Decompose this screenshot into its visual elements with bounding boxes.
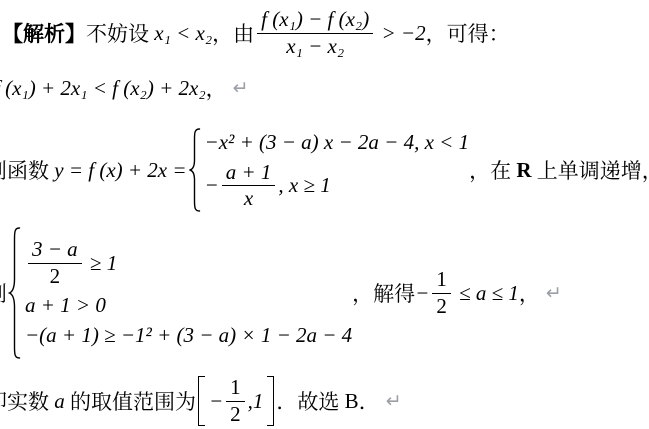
symbol-R: R bbox=[516, 158, 531, 183]
comma: ， bbox=[519, 278, 540, 308]
math-function-head: y = f (x) + 2x = bbox=[54, 158, 186, 183]
comma: ， bbox=[212, 18, 233, 48]
text-solving-gives: 解得 bbox=[373, 278, 415, 308]
system-rows: 3 − a 2 ≥ 1 a + 1 > 0 −(a + 1) ≥ −1² + (… bbox=[25, 238, 352, 347]
math-condition: x₁ < x₂ bbox=[154, 21, 212, 46]
fraction-numerator: 1 bbox=[226, 376, 245, 401]
fraction-denominator: x₁ − x₂ bbox=[286, 34, 344, 58]
case-2-fraction: a + 1 x bbox=[222, 161, 276, 210]
piecewise-cases: −x² + (3 − a) x − 2a − 4, x < 1 − a + 1 … bbox=[205, 130, 470, 210]
text-therefore-choose: ．故选 bbox=[276, 386, 344, 416]
minus-sign: − bbox=[205, 173, 219, 198]
line-break-icon: ↵ bbox=[386, 390, 402, 412]
text-so-real-number: 即实数 bbox=[0, 386, 54, 416]
comma: ， bbox=[426, 18, 447, 48]
analysis-tag: 【解析】 bbox=[2, 18, 86, 48]
paragraph-piecewise-function: 则函数 y = f (x) + 2x = −x² + (3 − a) x − 2… bbox=[0, 124, 649, 216]
system-row-1: 3 − a 2 ≥ 1 bbox=[25, 238, 117, 287]
text-then: 则 bbox=[0, 278, 7, 308]
left-square-bracket-icon bbox=[198, 376, 205, 426]
system-row-2: a + 1 > 0 bbox=[25, 293, 106, 318]
fraction-denominator: x bbox=[244, 186, 253, 210]
interval-upper-bound: ,1 bbox=[248, 389, 264, 414]
piecewise-case-1: −x² + (3 − a) x − 2a − 4, x < 1 bbox=[205, 130, 470, 155]
fraction-numerator: a + 1 bbox=[222, 161, 276, 186]
text-on: 在 bbox=[490, 155, 516, 185]
interval-fraction: 1 2 bbox=[226, 376, 245, 425]
fraction-numerator: f (x₁) − f (x₂) bbox=[257, 8, 373, 33]
piecewise-case-2: − a + 1 x , x ≥ 1 bbox=[205, 161, 331, 210]
right-square-bracket-icon bbox=[267, 376, 274, 426]
solution-relation: ≤ a ≤ 1 bbox=[454, 281, 519, 306]
minus-sign: − bbox=[415, 281, 429, 306]
text-range-is: 的取值范围为 bbox=[65, 386, 196, 416]
answer-letter: B bbox=[345, 389, 359, 414]
paragraph-conclusion: 即实数 a 的取值范围为 − 1 2 ,1 ．故选 B ． ↵ bbox=[0, 372, 402, 429]
text-by: 由 bbox=[233, 18, 254, 48]
fraction-denominator: 2 bbox=[50, 264, 61, 288]
minus-sign: − bbox=[209, 389, 223, 414]
period: ． bbox=[359, 386, 380, 416]
system-row-3: −(a + 1) ≥ −1² + (3 − a) × 1 − 2a − 4 bbox=[25, 323, 352, 348]
row-1-relation: ≥ 1 bbox=[85, 251, 118, 276]
math-inequality: f (x₁) + 2x₁ < f (x₂) + 2x₂ bbox=[0, 76, 206, 101]
text-then-function: 则函数 bbox=[0, 155, 54, 185]
paragraph-analysis: 【解析】 不妨设 x₁ < x₂ ， 由 f (x₁) − f (x₂) x₁ … bbox=[2, 4, 510, 62]
paragraph-inequality: f (x₁) + 2x₁ < f (x₂) + 2x₂ ， ↵ bbox=[0, 72, 249, 104]
interval-bracket-group: − 1 2 ,1 bbox=[198, 376, 274, 426]
line-break-icon: ↵ bbox=[233, 77, 249, 99]
math-solution-document: 【解析】 不妨设 x₁ < x₂ ， 由 f (x₁) − f (x₂) x₁ … bbox=[0, 0, 649, 429]
line-break-icon: ↵ bbox=[546, 282, 562, 304]
left-curly-brace-icon bbox=[187, 128, 201, 212]
fraction-numerator: 1 bbox=[432, 268, 451, 293]
comma: ， bbox=[352, 278, 373, 308]
text-assume: 不妨设 bbox=[86, 18, 154, 48]
fraction-denominator: 2 bbox=[436, 294, 447, 318]
difference-quotient-fraction: f (x₁) − f (x₂) x₁ − x₂ bbox=[257, 8, 373, 57]
fraction-denominator: 2 bbox=[230, 402, 241, 426]
paragraph-system: 则 3 − a 2 ≥ 1 a + 1 > 0 −(a + 1) ≥ −1² +… bbox=[0, 222, 562, 364]
math-relation: > −2 bbox=[376, 21, 425, 46]
variable-a: a bbox=[54, 389, 65, 414]
text-monotone-increasing: 上单调递增， bbox=[532, 155, 649, 185]
solution-fraction: 1 2 bbox=[432, 268, 451, 317]
left-curly-brace-icon bbox=[7, 227, 21, 359]
text-obtain: 可得： bbox=[447, 18, 510, 48]
fraction-numerator: 3 − a bbox=[28, 238, 82, 263]
comma: ， bbox=[206, 73, 227, 103]
case-2-domain: , x ≥ 1 bbox=[278, 173, 330, 198]
row-1-fraction: 3 − a 2 bbox=[28, 238, 82, 287]
comma: ， bbox=[469, 155, 490, 185]
